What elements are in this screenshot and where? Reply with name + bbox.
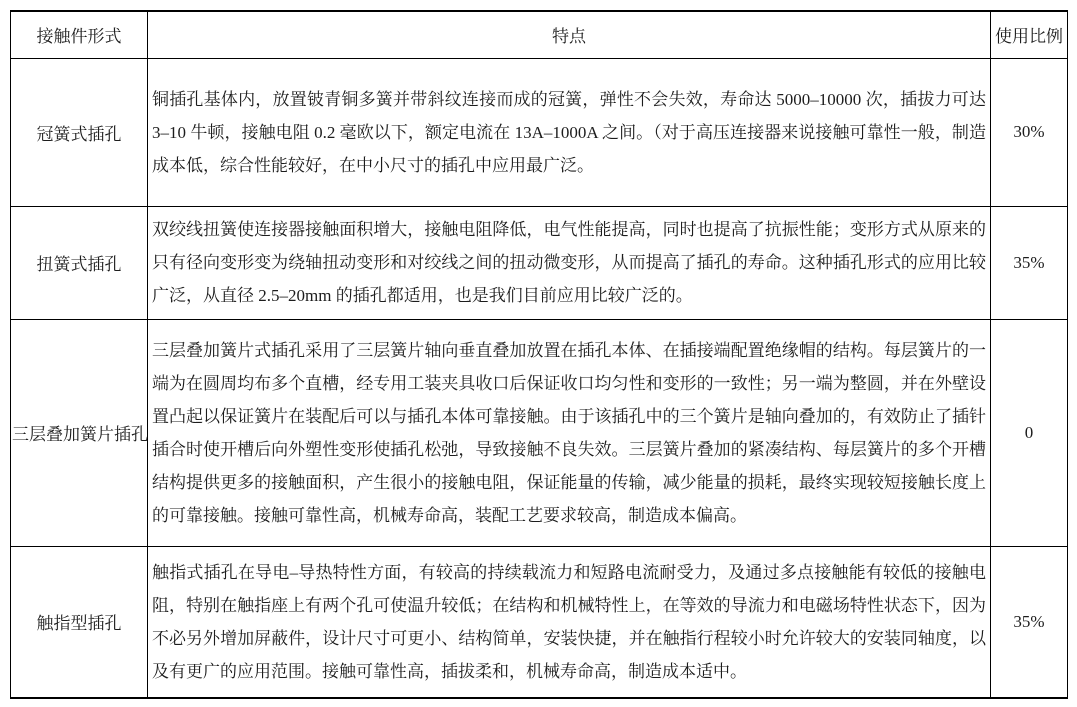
usage-ratio-cell: 0 xyxy=(991,319,1068,546)
features-cell: 触指式插孔在导电–导热特性方面，有较高的持续载流力和短路电流耐受力，及通过多点接… xyxy=(148,546,991,698)
header-features: 特点 xyxy=(148,11,991,58)
usage-ratio-cell: 35% xyxy=(991,206,1068,319)
usage-ratio-cell: 35% xyxy=(991,546,1068,698)
contact-form-cell: 触指型插孔 xyxy=(11,546,148,698)
document-page: 接触件形式 特点 使用比例 冠簧式插孔 铜插孔基体内，放置铍青铜多簧并带斜纹连接… xyxy=(0,0,1077,707)
table-row: 三层叠加簧片插孔 三层叠加簧片式插孔采用了三层簧片轴向垂直叠加放置在插孔本体、在… xyxy=(11,319,1068,546)
features-cell: 双绞线扭簧使连接器接触面积增大，接触电阻降低，电气性能提高，同时也提高了抗振性能… xyxy=(148,206,991,319)
table-row: 冠簧式插孔 铜插孔基体内，放置铍青铜多簧并带斜纹连接而成的冠簧，弹性不会失效，寿… xyxy=(11,58,1068,206)
table-row: 触指型插孔 触指式插孔在导电–导热特性方面，有较高的持续载流力和短路电流耐受力，… xyxy=(11,546,1068,698)
header-contact-form: 接触件形式 xyxy=(11,11,148,58)
features-cell: 铜插孔基体内，放置铍青铜多簧并带斜纹连接而成的冠簧，弹性不会失效，寿命达 500… xyxy=(148,58,991,206)
contact-form-cell: 三层叠加簧片插孔 xyxy=(11,319,148,546)
features-cell: 三层叠加簧片式插孔采用了三层簧片轴向垂直叠加放置在插孔本体、在插接端配置绝缘帽的… xyxy=(148,319,991,546)
contact-form-cell: 扭簧式插孔 xyxy=(11,206,148,319)
usage-ratio-cell: 30% xyxy=(991,58,1068,206)
table-row: 扭簧式插孔 双绞线扭簧使连接器接触面积增大，接触电阻降低，电气性能提高，同时也提… xyxy=(11,206,1068,319)
contact-form-cell: 冠簧式插孔 xyxy=(11,58,148,206)
table-header-row: 接触件形式 特点 使用比例 xyxy=(11,11,1068,58)
header-usage-ratio: 使用比例 xyxy=(991,11,1068,58)
contact-types-table: 接触件形式 特点 使用比例 冠簧式插孔 铜插孔基体内，放置铍青铜多簧并带斜纹连接… xyxy=(10,10,1068,699)
